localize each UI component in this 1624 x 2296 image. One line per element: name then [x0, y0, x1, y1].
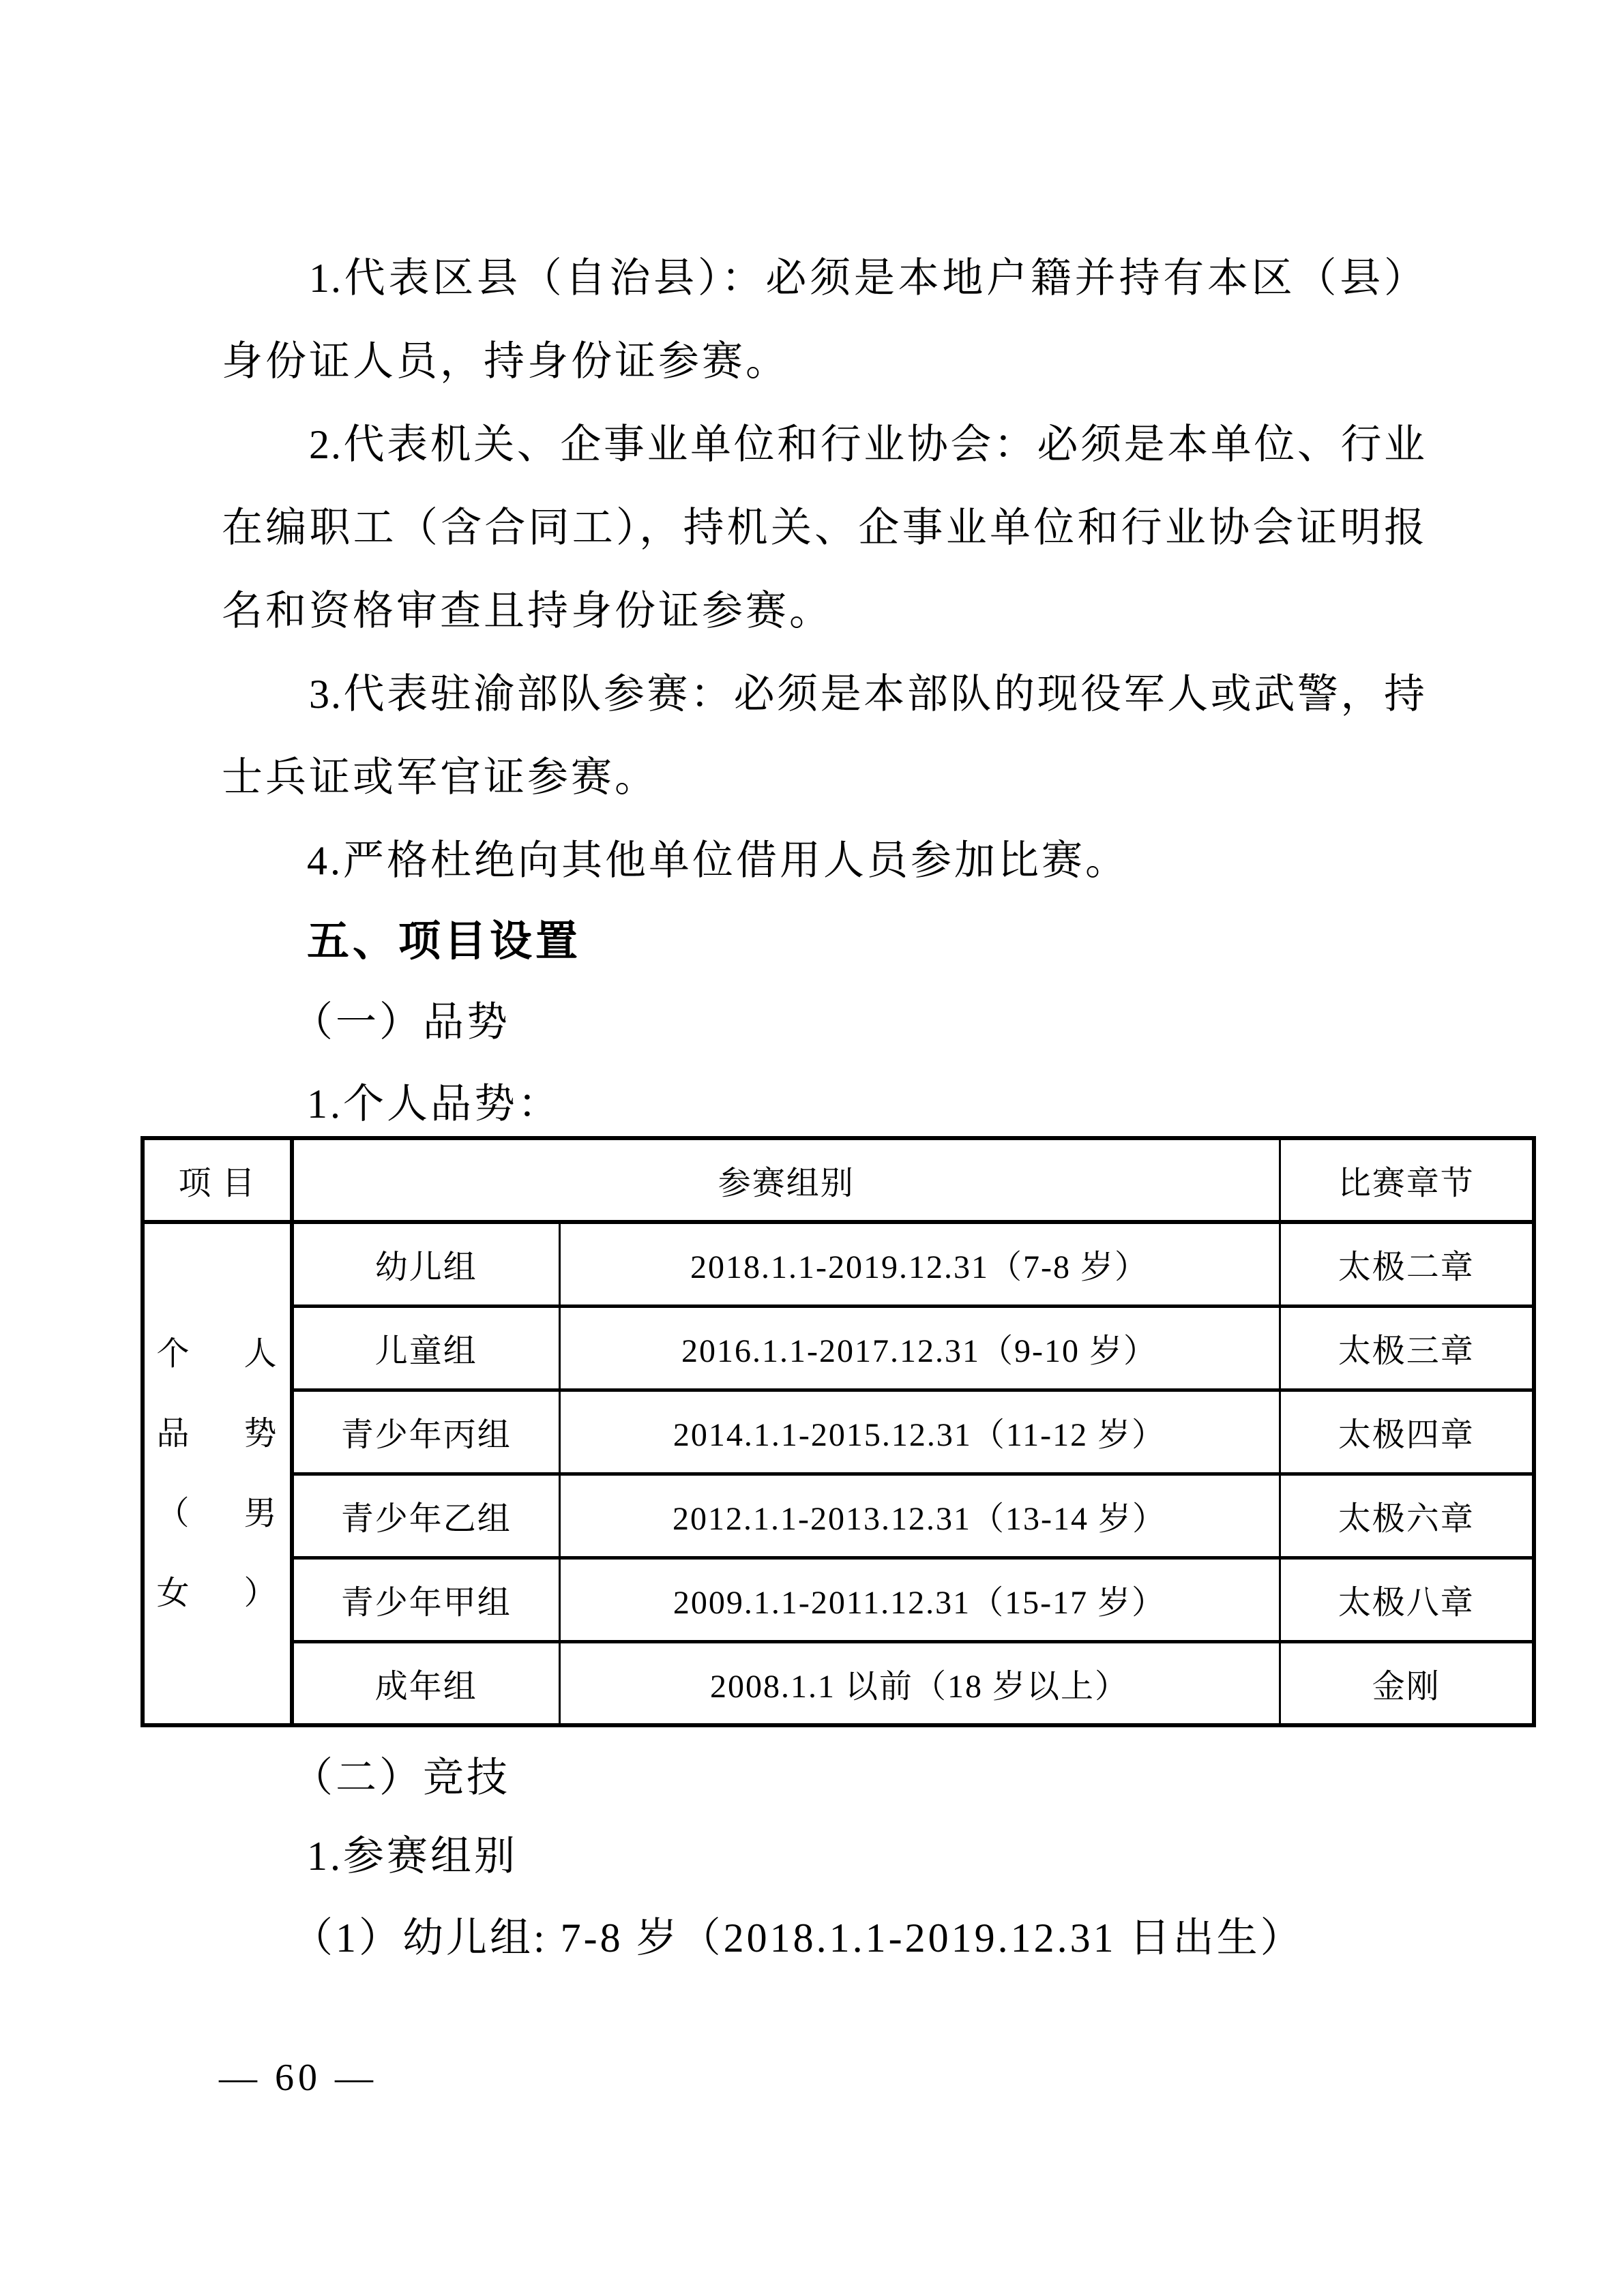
chapter-cell: 太极四章 — [1280, 1390, 1534, 1474]
project-label: 个 人 品 势 （ 男 女 ） — [157, 1314, 278, 1633]
chapter-cell: 太极六章 — [1280, 1474, 1534, 1557]
header-cell-group: 参赛组别 — [292, 1138, 1280, 1222]
project-label-line: 女 ） — [157, 1553, 278, 1633]
label-char: ） — [243, 1553, 278, 1633]
group-cell: 成年组 — [292, 1641, 559, 1725]
subsection-heading: （一）品势 — [292, 981, 510, 1064]
ages-cell: 2009.1.1-2011.12.31（15-17 岁） — [559, 1557, 1280, 1641]
header-cell-item: 项 目 — [143, 1138, 292, 1222]
table-row: 成年组 2008.1.1 以前（18 岁以上） 金刚 — [143, 1641, 1534, 1725]
table-row: 青少年乙组 2012.1.1-2013.12.31（13-14 岁） 太极六章 — [143, 1474, 1534, 1557]
paragraph-line: 名和资格审查且持身份证参赛。 — [222, 569, 833, 653]
paragraph-line: 2.代表机关、企事业单位和行业协会：必须是本单位、行业 — [222, 403, 1426, 486]
ages-cell: 2016.1.1-2017.12.31（9-10 岁） — [559, 1306, 1280, 1390]
page-number: — 60 — — [219, 2047, 377, 2108]
label-char: 个 — [157, 1314, 191, 1394]
subsection-heading: （二）竞技 — [292, 1736, 510, 1819]
list-item-heading: 1.个人品势： — [307, 1062, 561, 1146]
chapter-cell: 太极三章 — [1280, 1306, 1534, 1390]
group-cell: 幼儿组 — [292, 1222, 559, 1306]
label-char: （ — [157, 1474, 191, 1553]
table-header-row: 项 目 参赛组别 比赛章节 — [143, 1138, 1534, 1222]
group-cell: 青少年丙组 — [292, 1390, 559, 1474]
list-item-heading: 1.参赛组别 — [307, 1815, 518, 1898]
paragraph-line: 士兵证或军官证参赛。 — [222, 736, 658, 819]
project-label-line: 品 势 — [157, 1394, 278, 1474]
table-row: 儿童组 2016.1.1-2017.12.31（9-10 岁） 太极三章 — [143, 1306, 1534, 1390]
project-label-cell: 个 人 品 势 （ 男 女 ） — [143, 1222, 292, 1725]
ages-cell: 2012.1.1-2013.12.31（13-14 岁） — [559, 1474, 1280, 1557]
chapter-cell: 金刚 — [1280, 1641, 1534, 1725]
paragraph-line: 3.代表驻渝部队参赛：必须是本部队的现役军人或武警，持 — [222, 653, 1426, 736]
table-row: 青少年甲组 2009.1.1-2011.12.31（15-17 岁） 太极八章 — [143, 1557, 1534, 1641]
label-char: 女 — [157, 1553, 191, 1633]
paragraph-line: 1.代表区县（自治县）：必须是本地户籍并持有本区（县） — [222, 237, 1426, 320]
document-page: 1.代表区县（自治县）：必须是本地户籍并持有本区（县） 身份证人员，持身份证参赛… — [0, 0, 1624, 2296]
poomsae-table: 项 目 参赛组别 比赛章节 个 人 品 势 — [141, 1136, 1536, 1727]
table-row: 个 人 品 势 （ 男 女 ） — [143, 1222, 1534, 1306]
ages-cell: 2018.1.1-2019.12.31（7-8 岁） — [559, 1222, 1280, 1306]
ages-cell: 2014.1.1-2015.12.31（11-12 岁） — [559, 1390, 1280, 1474]
group-cell: 青少年甲组 — [292, 1557, 559, 1641]
paragraph-line: （1）幼儿组: 7-8 岁（2018.1.1-2019.12.31 日出生） — [292, 1896, 1304, 1980]
label-char: 品 — [157, 1394, 191, 1474]
paragraph-line: 身份证人员，持身份证参赛。 — [222, 320, 789, 403]
label-char: 人 — [243, 1314, 278, 1394]
ages-cell: 2008.1.1 以前（18 岁以上） — [559, 1641, 1280, 1725]
project-label-line: （ 男 — [157, 1474, 278, 1553]
table-row: 青少年丙组 2014.1.1-2015.12.31（11-12 岁） 太极四章 — [143, 1390, 1534, 1474]
label-char: 男 — [243, 1474, 278, 1553]
paragraph-line: 4.严格杜绝向其他单位借用人员参加比赛。 — [307, 819, 1129, 902]
section-heading: 五、项目设置 — [307, 900, 581, 983]
chapter-cell: 太极八章 — [1280, 1557, 1534, 1641]
group-cell: 儿童组 — [292, 1306, 559, 1390]
chapter-cell: 太极二章 — [1280, 1222, 1534, 1306]
project-label-line: 个 人 — [157, 1314, 278, 1394]
header-cell-chapter: 比赛章节 — [1280, 1138, 1534, 1222]
paragraph-line: 在编职工（含合同工），持机关、企事业单位和行业协会证明报 — [222, 486, 1426, 569]
group-cell: 青少年乙组 — [292, 1474, 559, 1557]
label-char: 势 — [243, 1394, 278, 1474]
